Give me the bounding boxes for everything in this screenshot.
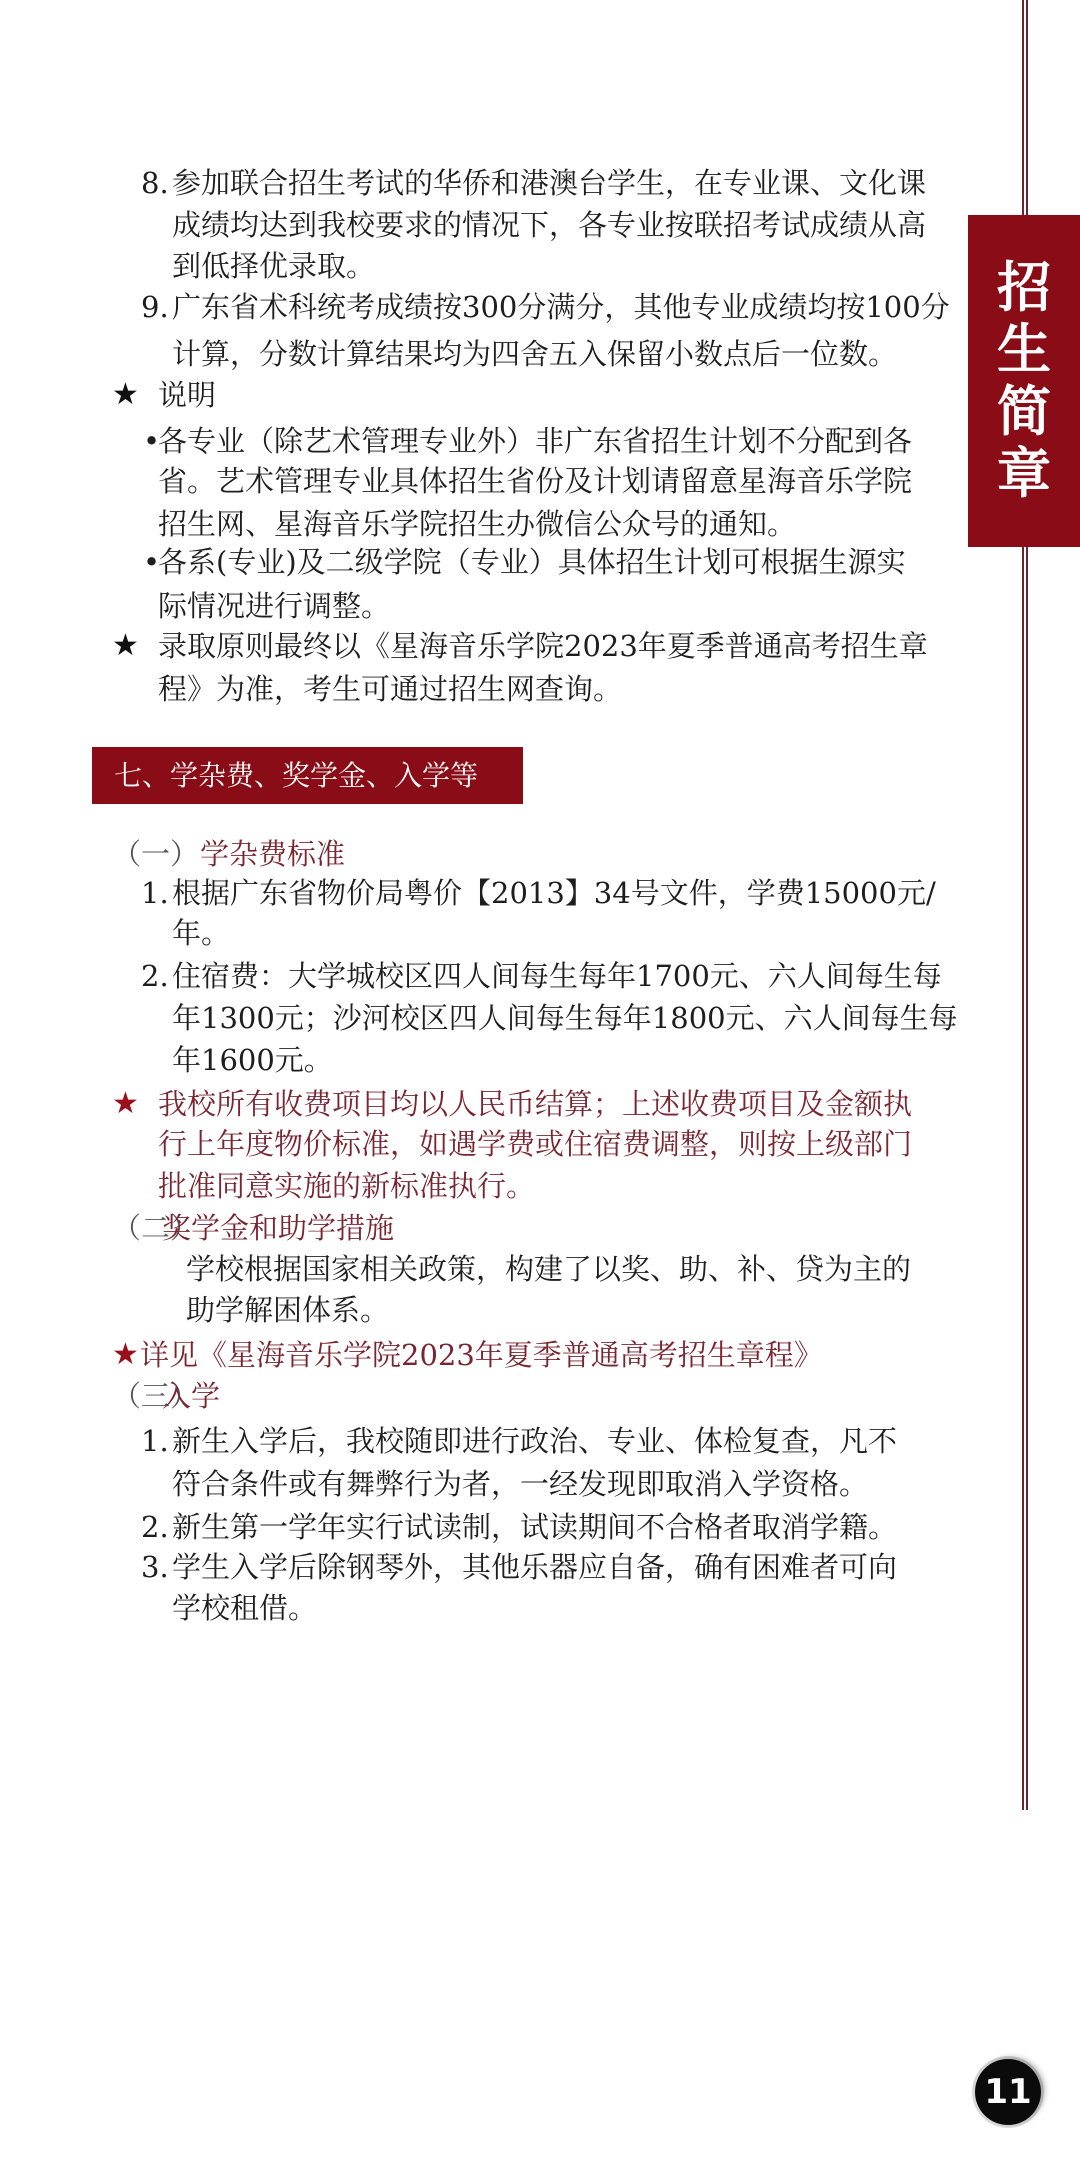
text-line: 新生入学后，我校随即进行政治、专业、体检复查，凡不 [172,1420,897,1462]
text-line: 录取原则最终以《星海音乐学院2023年夏季普通高考招生章 [158,625,928,667]
banner-char: 简 [997,381,1051,443]
text-line: 根据广东省物价局粤价【2013】34号文件，学费15000元/ [172,872,936,914]
item-number: 9. [141,286,169,328]
side-banner-enrollment-brochure: 招 生 简 章 [968,215,1080,547]
section-heading-7: 七、学杂费、奖学金、入学等 [92,747,523,804]
banner-char: 招 [997,257,1051,319]
text-line: 年。 [172,912,230,954]
text-line: 我校所有收费项目均以人民币结算；上述收费项目及金额执 [158,1083,912,1125]
item-number: 8. [141,162,169,204]
star-icon: ★ [112,625,139,667]
text-line: 行上年度物价标准，如遇学费或住宿费调整，则按上级部门 [158,1123,912,1165]
text-line: 参加联合招生考试的华侨和港澳台学生，在专业课、文化课 [172,162,926,204]
text-line: 广东省术科统考成绩按300分满分，其他专业成绩均按100分 [172,286,950,328]
text-line: 新生第一学年实行试读制，试读期间不合格者取消学籍。 [172,1506,897,1548]
page-number-badge: 11 [975,2059,1041,2125]
note-title: 说明 [158,374,216,416]
text-line: 学校租借。 [172,1587,317,1629]
text-line: 招生网、星海音乐学院招生办微信公众号的通知。 [158,503,796,545]
subsection-prefix: （一） [112,833,199,875]
subsection-title: 奖学金和助学措施 [162,1207,394,1249]
text-line: 批准同意实施的新标准执行。 [158,1165,535,1207]
text-line: 年1300元；沙河校区四人间每生每年1800元、六人间每生每 [172,997,958,1039]
star-icon: ★ [112,374,139,416]
banner-char: 章 [997,443,1051,505]
text-line: 学校根据国家相关政策，构建了以奖、助、补、贷为主的 [186,1248,911,1290]
text-line: 程》为准，考生可通过招生网查询。 [158,668,622,710]
subsection-title: 入学 [162,1375,220,1417]
item-number: 1. [141,872,169,914]
text-line: 符合条件或有舞弊行为者，一经发现即取消入学资格。 [172,1463,868,1505]
text-line: 年1600元。 [172,1039,333,1081]
text-line: 详见《星海音乐学院2023年夏季普通高考招生章程》 [140,1334,823,1376]
text-line: 助学解困体系。 [186,1289,389,1331]
text-line: 计算，分数计算结果均为四舍五入保留小数点后一位数。 [172,333,897,375]
text-line: 学生入学后除钢琴外，其他乐器应自备，确有困难者可向 [172,1546,897,1588]
star-icon: ★ [112,1334,139,1376]
text-line: 到低择优录取。 [172,245,375,287]
text-line: 各专业（除艺术管理专业外）非广东省招生计划不分配到各 [158,420,912,462]
text-line: 住宿费：大学城校区四人间每生每年1700元、六人间每生每 [172,955,942,997]
star-icon: ★ [112,1083,139,1125]
item-number: 2. [141,955,169,997]
item-number: 2. [141,1506,169,1548]
banner-char: 生 [997,319,1051,381]
text-line: 各系(专业)及二级学院（专业）具体招生计划可根据生源实 [158,541,906,583]
item-number: 1. [141,1420,169,1462]
item-number: 3. [141,1546,169,1588]
subsection-title: 学杂费标准 [200,833,345,875]
text-line: 省。艺术管理专业具体招生省份及计划请留意星海音乐学院 [158,460,912,502]
text-line: 成绩均达到我校要求的情况下，各专业按联招考试成绩从高 [172,204,926,246]
text-line: 际情况进行调整。 [158,585,390,627]
